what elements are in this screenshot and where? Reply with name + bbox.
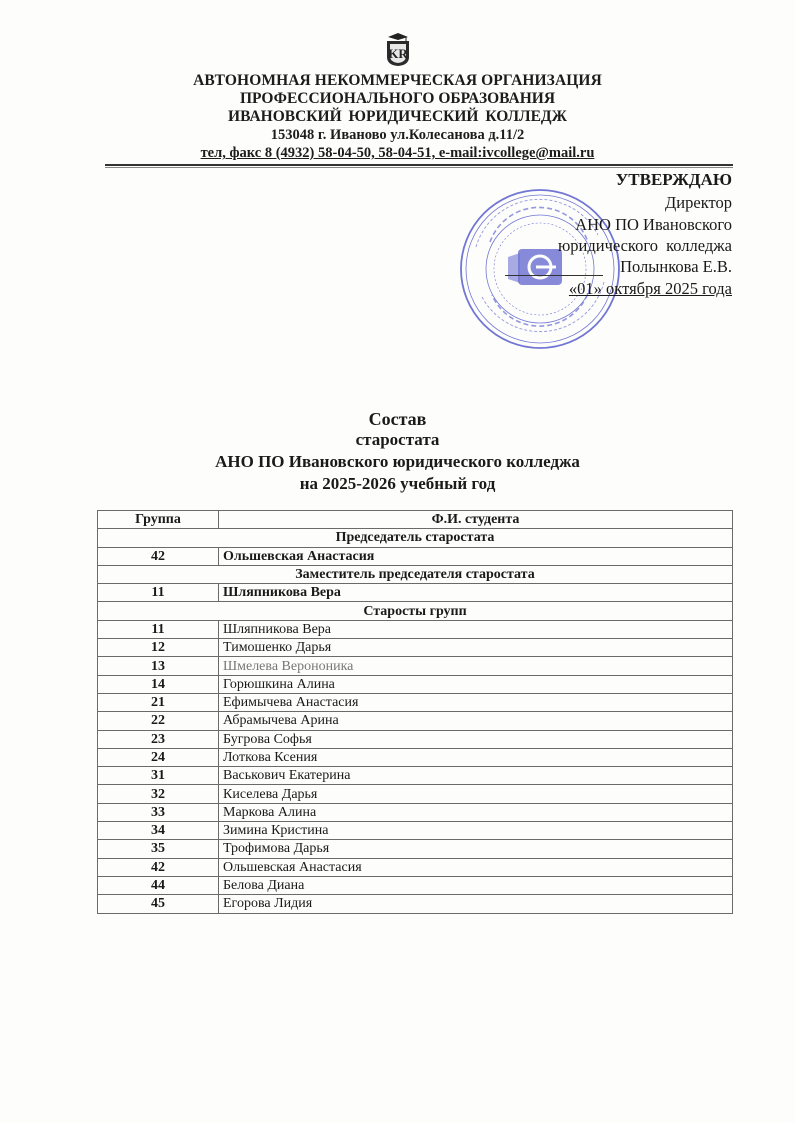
table-row: 23Бугрова Софья [98, 730, 733, 748]
group-number: 14 [98, 675, 219, 693]
group-number: 35 [98, 840, 219, 858]
org-address: 153048 г. Иваново ул.Колесанова д.11/2 [0, 127, 795, 144]
header-group: Группа [98, 511, 219, 529]
student-name: Ефимычева Анастасия [219, 693, 733, 711]
letterhead-divider [105, 164, 733, 166]
approval-heading: УТВЕРЖДАЮ [616, 170, 732, 190]
group-number: 44 [98, 876, 219, 894]
table-row: 14Горюшкина Алина [98, 675, 733, 693]
college-logo-icon: KR [384, 33, 412, 67]
approval-signatory: Полынкова Е.В. [620, 257, 732, 277]
group-number: 24 [98, 748, 219, 766]
group-number: 45 [98, 895, 219, 913]
group-number: 21 [98, 693, 219, 711]
student-name: Горюшкина Алина [219, 675, 733, 693]
org-name-line2: ПРОФЕССИОНАЛЬНОГО ОБРАЗОВАНИЯ [0, 90, 795, 108]
group-number: 23 [98, 730, 219, 748]
signature-line [505, 275, 603, 276]
section-header-row: Старосты групп [98, 602, 733, 620]
doc-title-line4: на 2025-2026 учебный год [0, 474, 795, 494]
header-student-name: Ф.И. студента [219, 511, 733, 529]
table-row: 33Маркова Алина [98, 803, 733, 821]
student-name: Ольшевская Анастасия [219, 547, 733, 565]
student-name: Шляпникова Вера [219, 620, 733, 638]
student-name: Белова Диана [219, 876, 733, 894]
table-row: 24Лоткова Ксения [98, 748, 733, 766]
table-row: 21Ефимычева Анастасия [98, 693, 733, 711]
table-row: 31Васькович Екатерина [98, 767, 733, 785]
section-title: Старосты групп [98, 602, 733, 620]
doc-title-line2: старостата [0, 430, 795, 450]
student-name: Трофимова Дарья [219, 840, 733, 858]
student-name: Васькович Екатерина [219, 767, 733, 785]
doc-title-line1: Состав [0, 409, 795, 430]
student-name: Абрамычева Арина [219, 712, 733, 730]
table-body: Председатель старостата42Ольшевская Анас… [98, 529, 733, 913]
table-header-row: Группа Ф.И. студента [98, 511, 733, 529]
student-name: Маркова Алина [219, 803, 733, 821]
student-name: Шляпникова Вера [219, 584, 733, 602]
round-seal-stamp-icon [458, 187, 622, 351]
letterhead-divider-thin [105, 167, 733, 168]
table-row: 42Ольшевская Анастасия [98, 547, 733, 565]
student-name: Егорова Лидия [219, 895, 733, 913]
section-title: Председатель старостата [98, 529, 733, 547]
section-title: Заместитель председателя старостата [98, 565, 733, 583]
svg-text:KR: KR [388, 46, 408, 61]
org-contacts: тел, факс 8 (4932) 58-04-50, 58-04-51, e… [0, 145, 795, 162]
student-name: Шмелева Верононика [219, 657, 733, 675]
table-row: 35Трофимова Дарья [98, 840, 733, 858]
table-row: 11Шляпникова Вера [98, 620, 733, 638]
student-name: Тимошенко Дарья [219, 639, 733, 657]
table-row: 12Тимошенко Дарья [98, 639, 733, 657]
approval-position: Директор [665, 193, 732, 213]
approval-date: «01» октября 2025 года [569, 279, 732, 299]
group-number: 22 [98, 712, 219, 730]
doc-title-line3: АНО ПО Ивановского юридического колледжа [0, 452, 795, 472]
table-row: 45Егорова Лидия [98, 895, 733, 913]
approval-org-line1: АНО ПО Ивановского [575, 215, 732, 235]
group-number: 13 [98, 657, 219, 675]
org-name-line1: АВТОНОМНАЯ НЕКОММЕРЧЕСКАЯ ОРГАНИЗАЦИЯ [0, 72, 795, 90]
table-row: 42Ольшевская Анастасия [98, 858, 733, 876]
group-number: 34 [98, 822, 219, 840]
group-number: 11 [98, 584, 219, 602]
group-number: 42 [98, 858, 219, 876]
group-number: 42 [98, 547, 219, 565]
table-row: 13Шмелева Верононика [98, 657, 733, 675]
group-number: 32 [98, 785, 219, 803]
table-row: 44Белова Диана [98, 876, 733, 894]
table-row: 22Абрамычева Арина [98, 712, 733, 730]
student-council-table: Группа Ф.И. студента Председатель старос… [97, 510, 733, 914]
table-row: 11Шляпникова Вера [98, 584, 733, 602]
student-name: Бугрова Софья [219, 730, 733, 748]
group-number: 33 [98, 803, 219, 821]
table-row: 32Киселева Дарья [98, 785, 733, 803]
student-name: Зимина Кристина [219, 822, 733, 840]
section-header-row: Заместитель председателя старостата [98, 565, 733, 583]
table-row: 34Зимина Кристина [98, 822, 733, 840]
group-number: 12 [98, 639, 219, 657]
student-name: Ольшевская Анастасия [219, 858, 733, 876]
group-number: 31 [98, 767, 219, 785]
section-header-row: Председатель старостата [98, 529, 733, 547]
group-number: 11 [98, 620, 219, 638]
org-name-line3: ИВАНОВСКИЙ ЮРИДИЧЕСКИЙ КОЛЛЕДЖ [0, 108, 795, 126]
approval-org-line2: юридического колледжа [558, 236, 732, 256]
student-name: Лоткова Ксения [219, 748, 733, 766]
student-name: Киселева Дарья [219, 785, 733, 803]
